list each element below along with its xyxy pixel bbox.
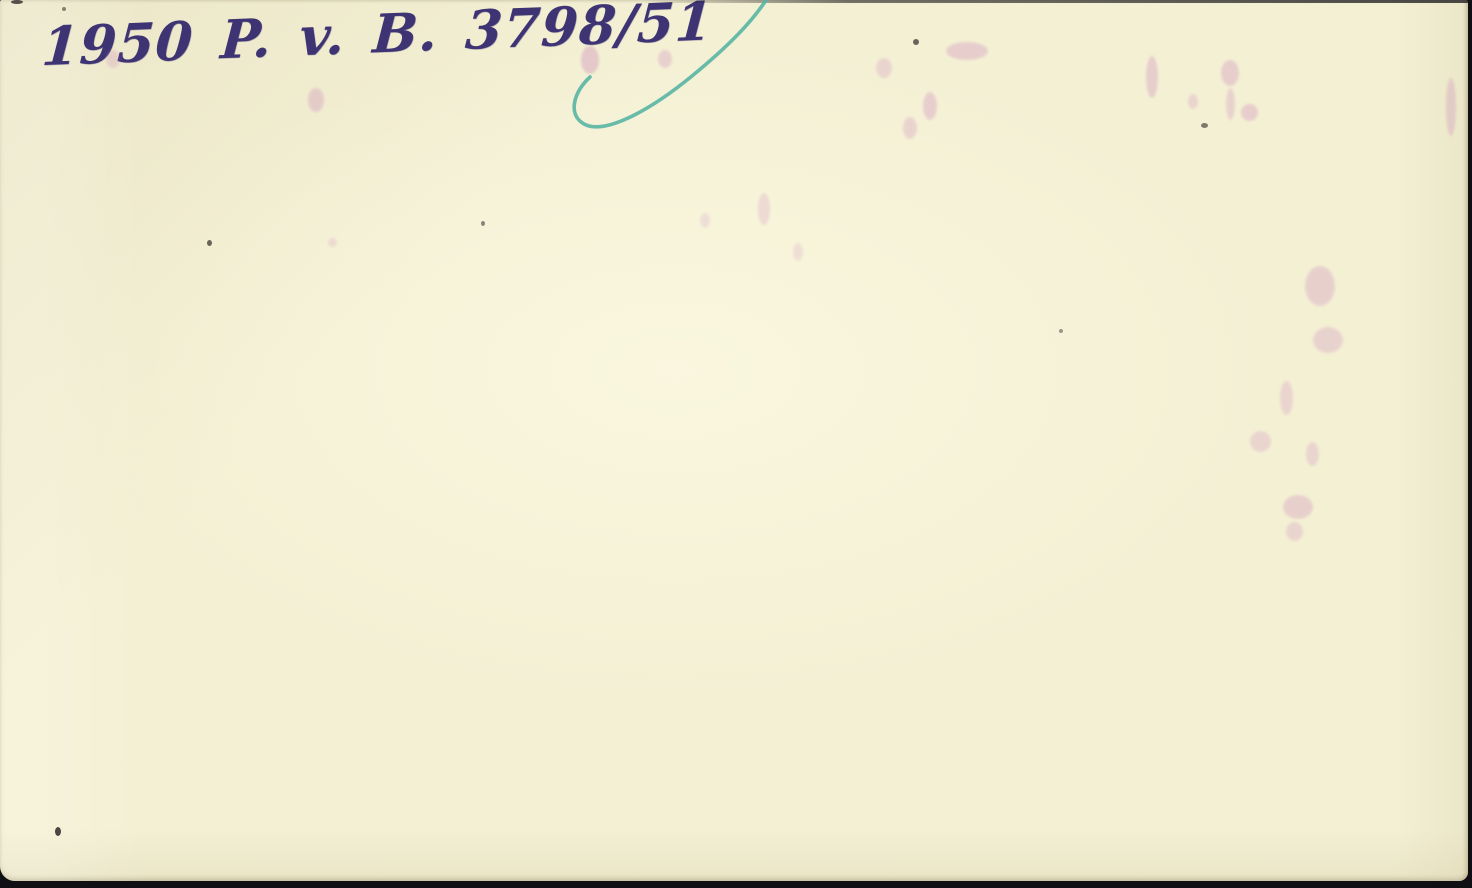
ink-bleed-stain [946, 42, 988, 60]
ink-bleed-stain [1241, 104, 1258, 121]
ink-fleck [481, 221, 485, 226]
ink-bleed-stain [903, 117, 917, 139]
ink-bleed-stain [1188, 94, 1198, 109]
ink-fleck [55, 827, 61, 836]
ink-fleck [1201, 123, 1208, 128]
ink-bleed-stain [1146, 56, 1158, 98]
ink-bleed-stain [923, 92, 937, 120]
ink-bleed-stain [1226, 88, 1235, 120]
ink-fleck [913, 39, 919, 45]
ink-bleed-stain [308, 88, 324, 112]
scan-frame: 1950 P. v. B. 3798/51 [0, 0, 1472, 888]
checkmark-stroke-icon [0, 0, 1468, 881]
ink-bleed-stain [1283, 495, 1313, 519]
ink-bleed-stain [1305, 266, 1335, 306]
ink-bleed-stain [700, 213, 710, 228]
ink-bleed-stain [876, 58, 892, 78]
ink-bleed-stain [793, 243, 803, 261]
ink-bleed-stain [758, 193, 770, 225]
ink-bleed-stain [1446, 78, 1456, 136]
ink-fleck [11, 0, 23, 4]
ink-fleck [1059, 329, 1063, 333]
ink-fleck [207, 240, 212, 246]
ink-bleed-stain [328, 238, 337, 247]
ink-bleed-stain [1250, 431, 1271, 452]
ink-bleed-stain [1221, 60, 1239, 86]
ink-fleck [62, 7, 66, 11]
ink-bleed-stain [1313, 327, 1343, 353]
ink-bleed-stain [1286, 522, 1303, 541]
card-top-edge-shadow [640, 0, 1468, 3]
ink-bleed-stain [1306, 442, 1319, 466]
handwritten-reference: 1950 P. v. B. 3798/51 [40, 0, 715, 78]
ink-bleed-stain [1280, 381, 1293, 415]
scanned-card: 1950 P. v. B. 3798/51 [0, 0, 1468, 881]
